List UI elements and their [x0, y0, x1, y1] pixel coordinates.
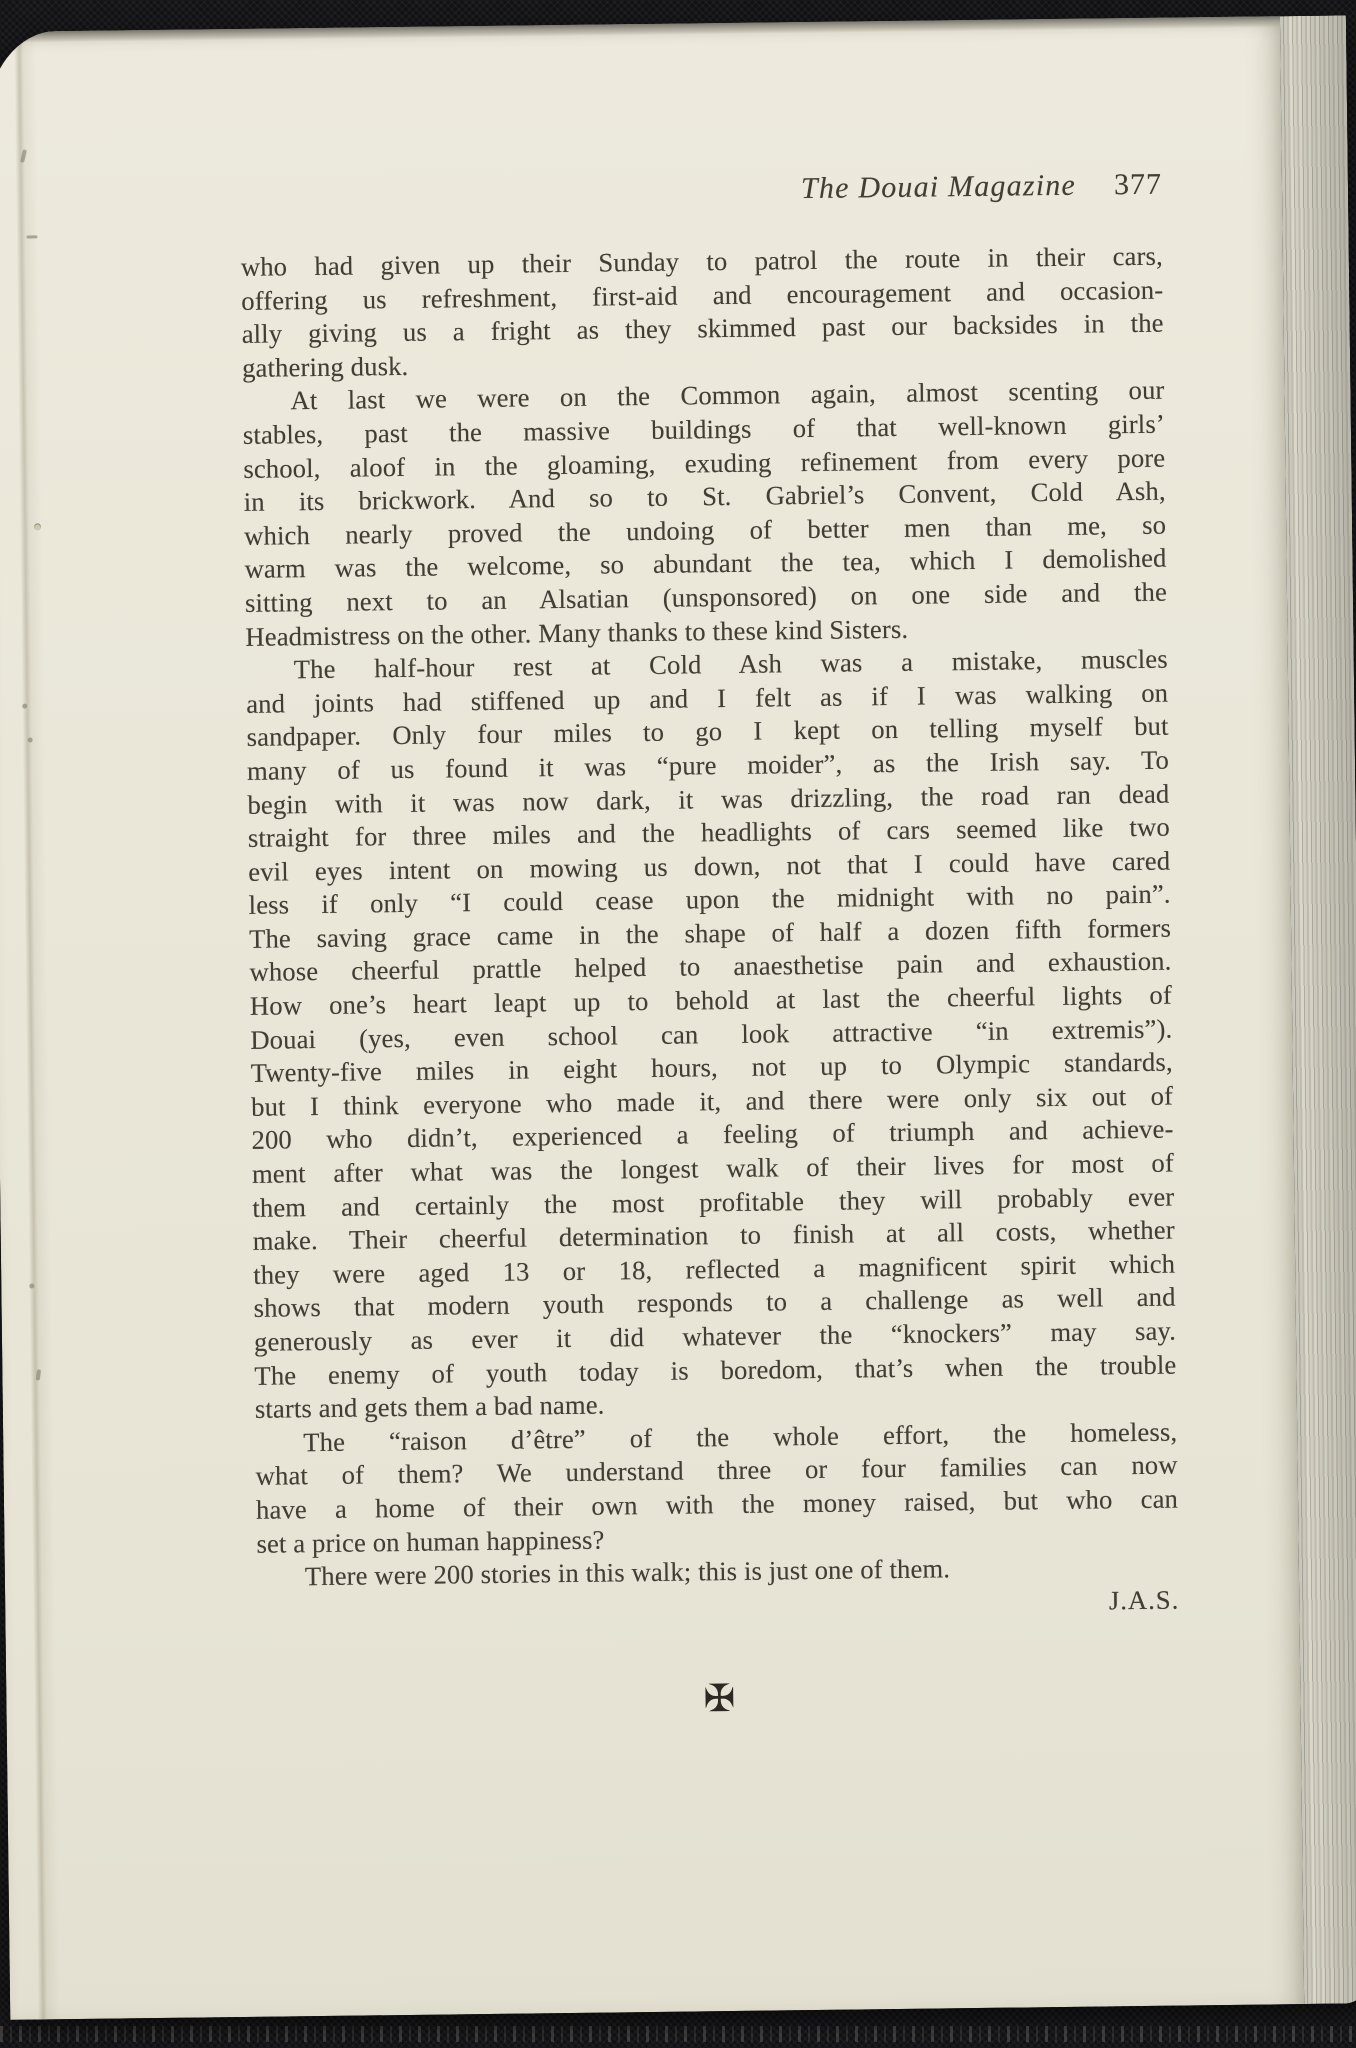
book-photo: The Douai Magazine 377 who had given up …	[0, 0, 1356, 2048]
pencil-mark	[22, 704, 27, 709]
journal-title: The Douai Magazine	[801, 169, 1076, 206]
article-body: who had given up their Sunday to patrol …	[241, 240, 1179, 1595]
page-number: 377	[1114, 168, 1162, 202]
binding-stitch-hole	[34, 523, 41, 530]
pencil-mark	[26, 235, 37, 238]
book-page: The Douai Magazine 377 who had given up …	[0, 15, 1356, 2019]
printed-content: The Douai Magazine 377 who had given up …	[240, 168, 1181, 1722]
pencil-mark	[28, 737, 33, 742]
cover-wear-texture	[0, 2026, 1356, 2042]
pencil-mark	[29, 1284, 34, 1289]
